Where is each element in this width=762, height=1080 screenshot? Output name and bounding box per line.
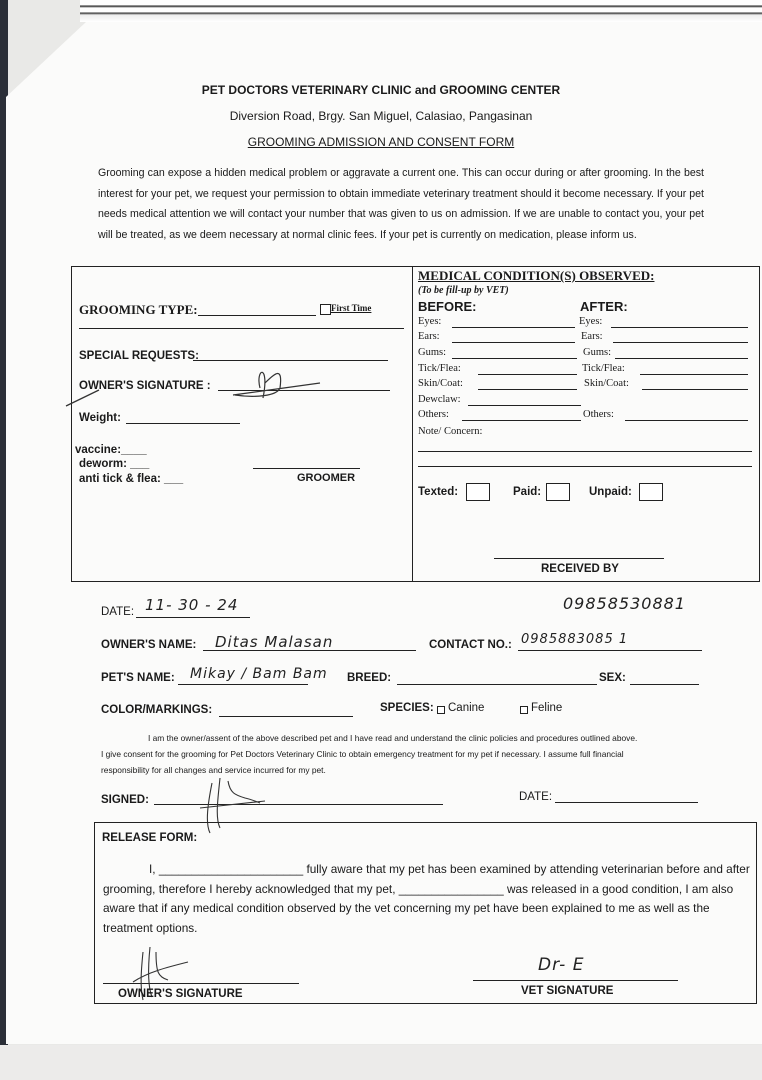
date-field[interactable] (136, 617, 250, 618)
grooming-type-label: GROOMING TYPE: (79, 302, 198, 318)
before-field-label: Ears: (418, 331, 440, 342)
contact-value[interactable]: 0985883085 1 (521, 632, 628, 647)
note-line-2[interactable] (418, 466, 752, 467)
before-label: BEFORE: (418, 299, 477, 314)
before-field-label: Tick/Flea: (418, 363, 461, 374)
release-form-title: RELEASE FORM: (102, 832, 197, 844)
special-requests-label: SPECIAL REQUESTS: (79, 350, 199, 362)
after-field-label: Gums: (583, 347, 611, 358)
medical-subtitle: (To be fill-up by VET) (418, 285, 509, 296)
first-time-checkbox[interactable] (320, 304, 331, 315)
after-field-input[interactable] (625, 420, 748, 421)
after-field-input[interactable] (613, 342, 748, 343)
note-concern-label: Note/ Concern: (418, 426, 482, 437)
species-label: SPECIES: (380, 702, 434, 714)
after-field-label: Ears: (581, 331, 603, 342)
sex-label: SEX: (599, 672, 626, 684)
owner-name-value[interactable]: Ditas Malasan (215, 633, 333, 651)
species-canine-checkbox[interactable] (437, 706, 445, 714)
release-text: I, ______________________ fully aware th… (103, 862, 750, 935)
species-canine-label: Canine (448, 702, 484, 714)
contact-field[interactable] (518, 650, 702, 651)
grooming-type-field[interactable] (198, 315, 316, 316)
pet-name-label: PET'S NAME: (101, 672, 175, 684)
note-line-1[interactable] (418, 451, 752, 452)
color-markings-field[interactable] (219, 716, 353, 717)
groomer-signature-field[interactable] (253, 468, 360, 469)
anti-tick-label: anti tick & flea: ___ (79, 473, 183, 485)
after-field-label: Eyes: (579, 316, 602, 327)
handwritten-phone-note: 09858530881 (563, 594, 686, 613)
after-field-label: Skin/Coat: (584, 378, 629, 389)
after-field-label: Others: (583, 409, 614, 420)
release-owner-signature-label: OWNER'S SIGNATURE (118, 988, 243, 1000)
paid-label: Paid: (513, 486, 541, 498)
signed-label: SIGNED: (101, 794, 149, 806)
texted-checkbox[interactable] (466, 483, 490, 501)
before-field-input[interactable] (462, 420, 581, 421)
unpaid-label: Unpaid: (589, 486, 632, 498)
first-time-label: First Time (331, 303, 371, 313)
checkmark-stroke-icon (64, 388, 104, 408)
vaccine-label: vaccine:____ (75, 444, 147, 456)
groomer-label: GROOMER (297, 472, 355, 484)
paid-checkbox[interactable] (546, 483, 570, 501)
after-label: AFTER: (580, 299, 628, 314)
color-markings-label: COLOR/MARKINGS: (101, 704, 212, 716)
deworm-label: deworm: ___ (79, 458, 149, 470)
grooming-type-line-2[interactable] (79, 328, 404, 329)
before-field-input[interactable] (452, 327, 575, 328)
before-field-input[interactable] (478, 389, 577, 390)
medical-title: MEDICAL CONDITION(S) OBSERVED: (418, 268, 654, 284)
vet-signature-label: VET SIGNATURE (521, 985, 613, 997)
species-feline-label: Feline (531, 702, 562, 714)
weight-field[interactable] (126, 423, 240, 424)
paper-stack-edge (80, 0, 762, 22)
date-value[interactable]: 11- 30 - 24 (145, 596, 238, 614)
vet-signature-value: Dr- E (538, 955, 584, 975)
clinic-address: Diversion Road, Brgy. San Miguel, Calasi… (0, 109, 762, 123)
texted-label: Texted: (418, 486, 458, 498)
pet-name-field[interactable] (178, 684, 308, 685)
received-by-label: RECEIVED BY (541, 563, 619, 575)
before-field-label: Skin/Coat: (418, 378, 463, 389)
scanner-bed (0, 1045, 762, 1080)
before-field-label: Dewclaw: (418, 394, 461, 405)
before-field-input[interactable] (452, 358, 577, 359)
pet-name-value[interactable]: Mikay / Bam Bam (190, 666, 328, 682)
breed-field[interactable] (397, 684, 597, 685)
before-field-label: Others: (418, 409, 449, 420)
after-field-input[interactable] (615, 358, 748, 359)
consent-line-1: I am the owner/assent of the above descr… (148, 733, 637, 743)
consent-date-field[interactable] (555, 802, 698, 803)
before-field-input[interactable] (468, 405, 581, 406)
breed-label: BREED: (347, 672, 391, 684)
after-field-input[interactable] (642, 389, 748, 390)
intro-paragraph: Grooming can expose a hidden medical pro… (98, 163, 704, 245)
species-feline-checkbox[interactable] (520, 706, 528, 714)
received-by-field[interactable] (494, 558, 664, 559)
owner-name-label: OWNER'S NAME: (101, 639, 196, 651)
before-field-label: Gums: (418, 347, 446, 358)
form-title: GROOMING ADMISSION AND CONSENT FORM (0, 135, 762, 149)
after-field-input[interactable] (611, 327, 748, 328)
consent-date-label: DATE: (519, 791, 552, 803)
signature-scribble-icon (225, 358, 325, 408)
unpaid-checkbox[interactable] (639, 483, 663, 501)
clinic-name: PET DOCTORS VETERINARY CLINIC and GROOMI… (0, 83, 762, 97)
vet-signature-field[interactable] (473, 980, 678, 981)
release-paragraph: I, ______________________ fully aware th… (103, 860, 753, 938)
consent-line-2: I give consent for the grooming for Pet … (101, 749, 624, 759)
contact-label: CONTACT NO.: (429, 639, 512, 651)
date-label: DATE: (101, 606, 134, 618)
sex-field[interactable] (630, 684, 699, 685)
before-field-input[interactable] (478, 374, 577, 375)
weight-label: Weight: (79, 412, 121, 424)
before-field-label: Eyes: (418, 316, 441, 327)
after-field-label: Tick/Flea: (582, 363, 625, 374)
before-field-input[interactable] (452, 342, 575, 343)
after-field-input[interactable] (640, 374, 748, 375)
